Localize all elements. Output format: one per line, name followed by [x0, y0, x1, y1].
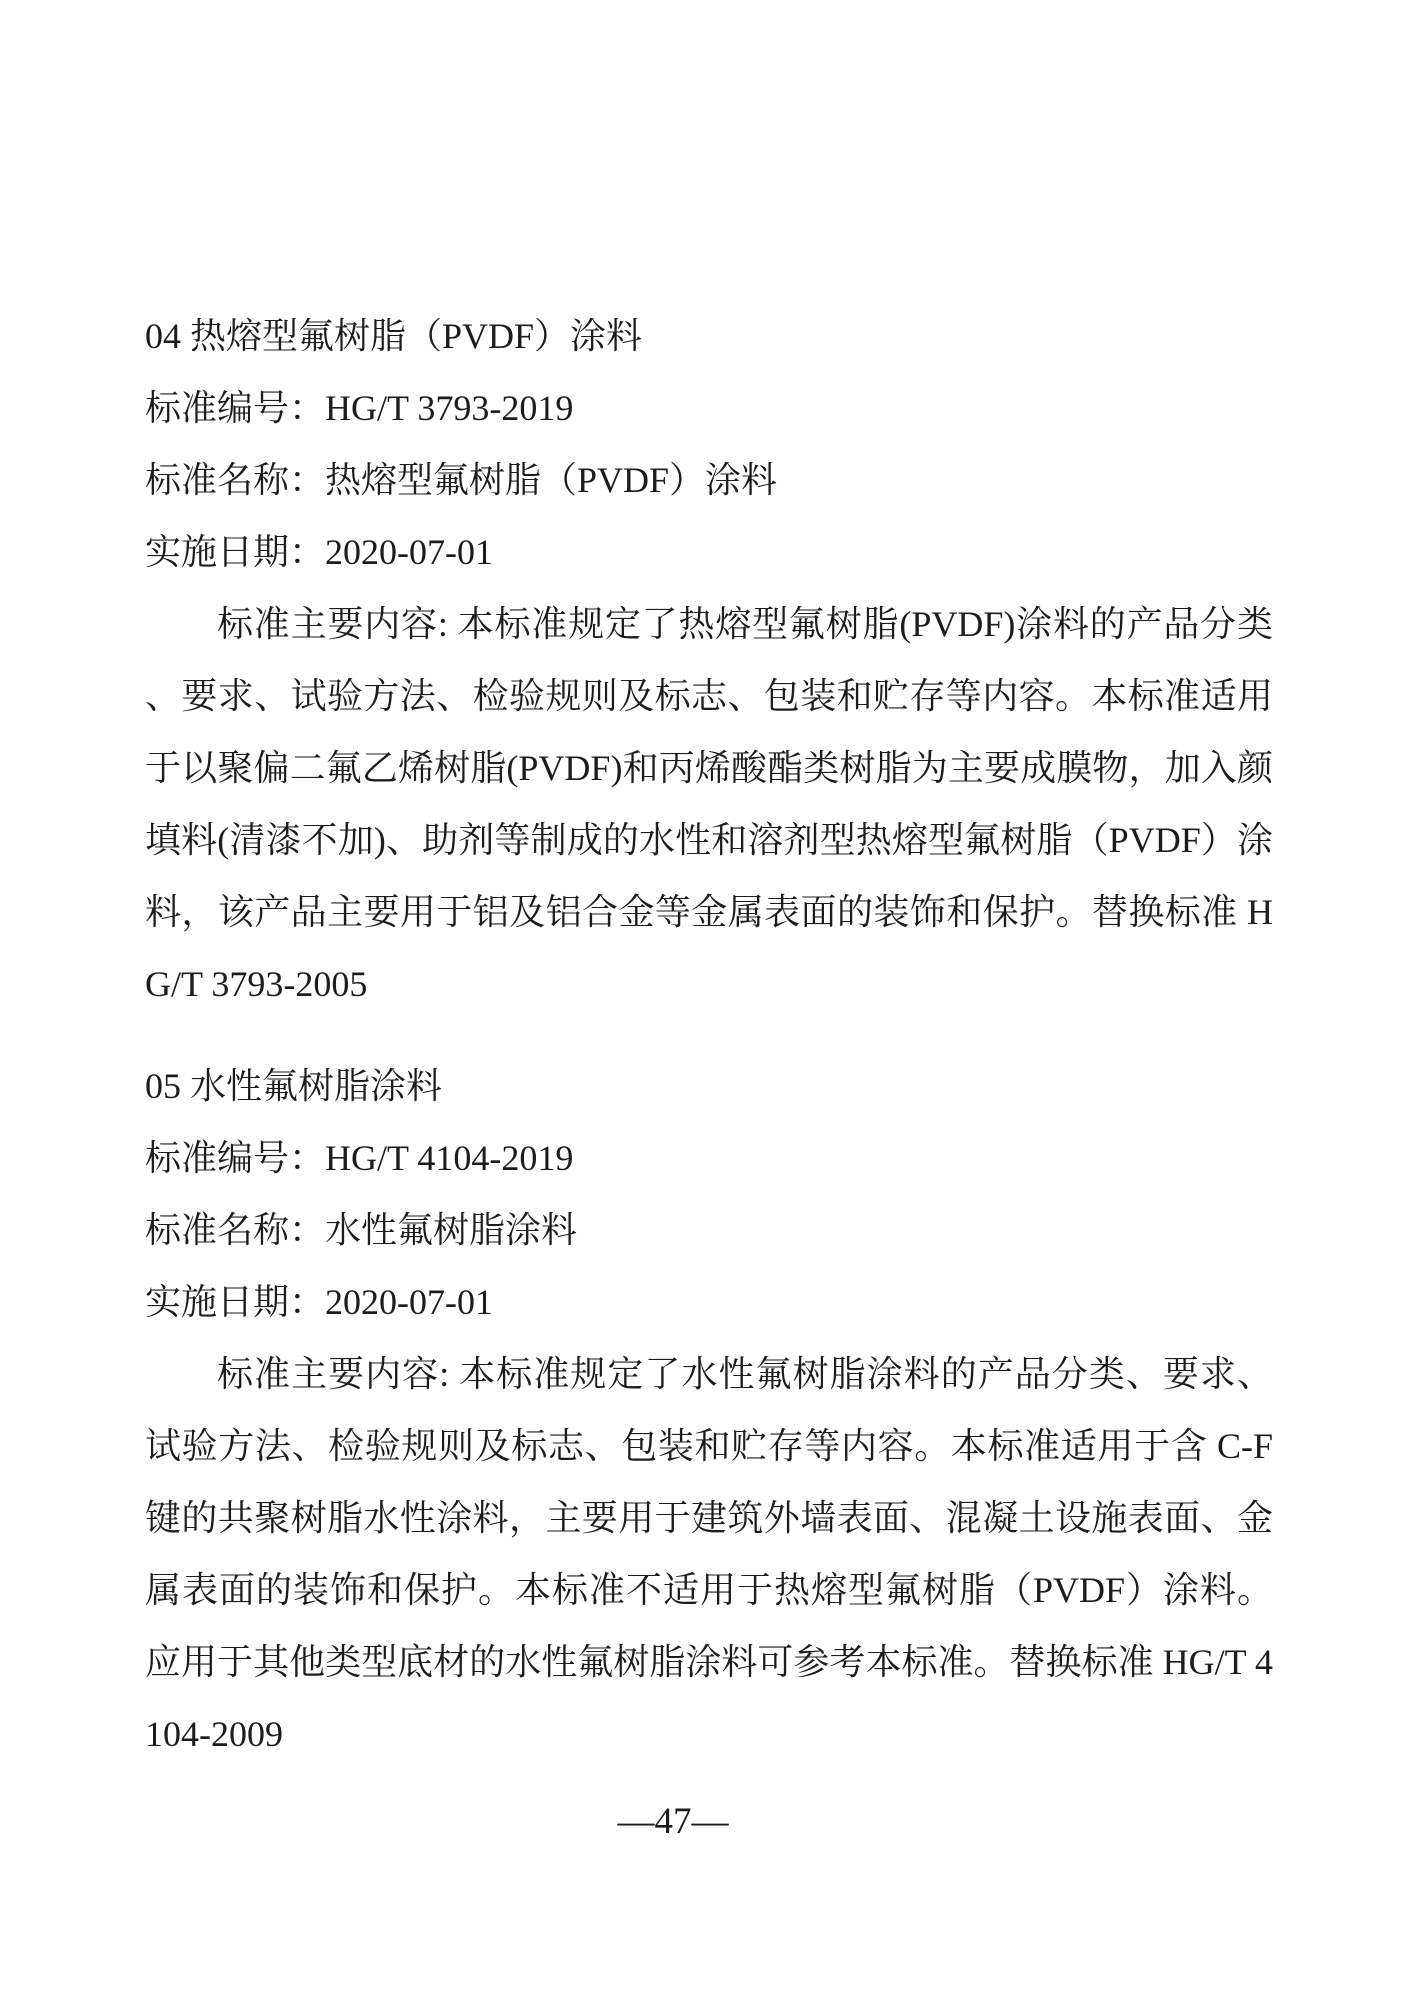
page-content: 04 热熔型氟树脂（PVDF）涂料 标准编号：HG/T 3793-2019 标准…: [145, 300, 1273, 1770]
field-value-implementation-date: 2020-07-01: [325, 1282, 493, 1322]
field-value-implementation-date: 2020-07-01: [325, 532, 493, 572]
field-standard-name: 标准名称：水性氟树脂涂料: [145, 1194, 1273, 1266]
standard-section-04: 04 热熔型氟树脂（PVDF）涂料 标准编号：HG/T 3793-2019 标准…: [145, 300, 1273, 1020]
section-body-text: 标准主要内容: 本标准规定了热熔型氟树脂(PVDF)涂料的产品分类、要求、试验方…: [145, 588, 1273, 1020]
field-implementation-date: 实施日期：2020-07-01: [145, 1266, 1273, 1338]
field-value-standard-name: 水性氟树脂涂料: [325, 1210, 577, 1250]
field-label-implementation-date: 实施日期：: [145, 1282, 325, 1322]
page-number: —47—: [0, 1798, 1346, 1846]
field-value-standard-number: HG/T 3793-2019: [325, 388, 573, 428]
field-label-standard-name: 标准名称：: [145, 460, 325, 500]
field-label-standard-number: 标准编号：: [145, 388, 325, 428]
section-heading: 04 热熔型氟树脂（PVDF）涂料: [145, 300, 1273, 372]
field-label-standard-number: 标准编号：: [145, 1138, 325, 1178]
field-label-implementation-date: 实施日期：: [145, 532, 325, 572]
standard-section-05: 05 水性氟树脂涂料 标准编号：HG/T 4104-2019 标准名称：水性氟树…: [145, 1050, 1273, 1770]
field-standard-name: 标准名称：热熔型氟树脂（PVDF）涂料: [145, 444, 1273, 516]
document-page: 04 热熔型氟树脂（PVDF）涂料 标准编号：HG/T 3793-2019 标准…: [0, 0, 1415, 2000]
field-implementation-date: 实施日期：2020-07-01: [145, 516, 1273, 588]
field-value-standard-number: HG/T 4104-2019: [325, 1138, 573, 1178]
field-standard-number: 标准编号：HG/T 4104-2019: [145, 1122, 1273, 1194]
field-value-standard-name: 热熔型氟树脂（PVDF）涂料: [325, 460, 777, 500]
field-standard-number: 标准编号：HG/T 3793-2019: [145, 372, 1273, 444]
field-label-standard-name: 标准名称：: [145, 1210, 325, 1250]
section-heading: 05 水性氟树脂涂料: [145, 1050, 1273, 1122]
section-body-text: 标准主要内容: 本标准规定了水性氟树脂涂料的产品分类、要求、试验方法、检验规则及…: [145, 1338, 1273, 1770]
